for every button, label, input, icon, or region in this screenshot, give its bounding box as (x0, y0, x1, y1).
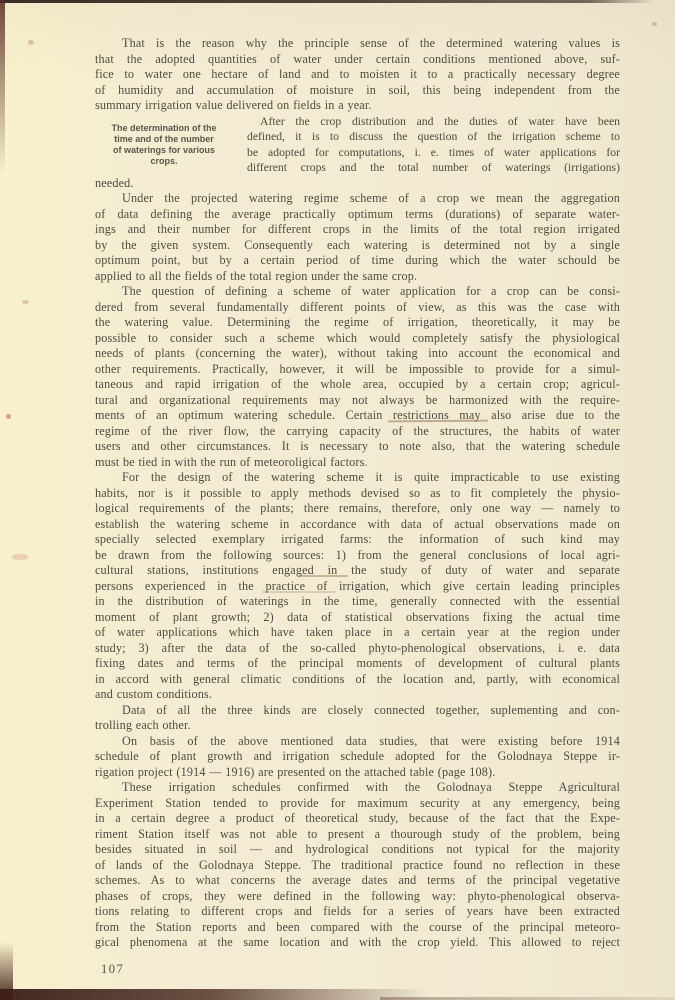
scan-edge-left (0, 0, 5, 175)
text-line: possible to consider such a scheme which… (95, 331, 620, 347)
scan-edge-bottom (0, 989, 430, 1000)
text-line: ments of an optimum watering schedule. C… (95, 408, 620, 424)
page-number: 107 (101, 962, 124, 977)
text-line: ings and their number for different crop… (95, 222, 620, 238)
text-line: from the Station reports and been compar… (95, 920, 620, 936)
text-line: by the given system. Consequently each w… (95, 238, 620, 254)
margin-note-row: The determination of thetime and of the … (95, 114, 620, 176)
text-line: the watering value. Determining the regi… (95, 315, 620, 331)
pencil-underline-practice (262, 591, 336, 593)
margin-note-paragraph: After the crop distribution and the duti… (247, 114, 620, 176)
text-line: of humidity and accumulation of moisture… (95, 83, 620, 99)
text-column: That is the reason why the principle sen… (95, 36, 620, 951)
text-line: riment Station itself was not able to pr… (95, 827, 620, 843)
text-line: taneous and rapid irrigation of the whol… (95, 377, 620, 393)
text-line: For the design of the watering scheme it… (95, 470, 620, 486)
text-line: That is the reason why the principle sen… (95, 36, 620, 52)
paper-speck (652, 22, 657, 26)
text-line: needs of plants (concerning the water), … (95, 346, 620, 362)
text-line: applied to all the fields of the total r… (95, 269, 620, 285)
text-line: must be tied in with the run of meteorol… (95, 455, 620, 471)
text-line: of lands of the Golodnaya Steppe. The tr… (95, 858, 620, 874)
text-line: be drawn from the following sources: 1) … (95, 548, 620, 564)
text-line: Data of all the three kinds are closely … (95, 703, 620, 719)
text-line: needed. (95, 176, 620, 192)
text-line: trolling each other. (95, 718, 620, 734)
text-line: Under the projected watering regime sche… (95, 191, 620, 207)
text-line: study; 3) after the data of the so-calle… (95, 641, 620, 657)
text-line: tural and organizational requirements ma… (95, 393, 620, 409)
text-line: and custom conditions. (95, 687, 620, 703)
text-line: users and other circumstances. It is nec… (95, 439, 620, 455)
margin-note: The determination of thetime and of the … (95, 114, 247, 176)
text-line: specially selected exemplary irrigated f… (95, 532, 620, 548)
scan-edge-bottom-left (0, 942, 13, 1000)
text-line: of water applications which have taken p… (95, 625, 620, 641)
text-line: different crops and the total number of … (247, 160, 620, 176)
margin-note-line: crops. (95, 156, 233, 167)
text-line: that the adopted quantities of water und… (95, 52, 620, 68)
text-line: The question of defining a scheme of wat… (95, 284, 620, 300)
text-line: of data defining the average practically… (95, 207, 620, 223)
text-line: defined, it is to discuss the question o… (247, 129, 620, 145)
paper-speck (28, 40, 34, 45)
text-line: cultural stations, institutions engaged … (95, 563, 620, 579)
paper-speck (22, 300, 29, 304)
pencil-underline-engaged (298, 575, 348, 577)
text-line: in accord with general climatic conditio… (95, 672, 620, 688)
text-line: optimum point, but by a certain period o… (95, 253, 620, 269)
text-line: summary irrigation value delivered on fi… (95, 98, 620, 114)
paper-speck (6, 414, 11, 419)
text-line: be adopted for computations, i. e. times… (247, 145, 620, 161)
text-line: in a certain degree a product of theoret… (95, 811, 620, 827)
text-line: tions relating to different crops and fi… (95, 904, 620, 920)
text-line: establish the watering scheme in accorda… (95, 517, 620, 533)
text-line: habits, nor is it possible to apply meth… (95, 486, 620, 502)
margin-note-line: time and of the number (95, 134, 233, 145)
paper-speck (12, 554, 28, 560)
text-line: These irrigation schedules confirmed wit… (95, 780, 620, 796)
text-line: gical phenomena at the same location and… (95, 935, 620, 951)
scanned-page: That is the reason why the principle sen… (0, 0, 675, 1000)
scan-edge-top (0, 0, 655, 3)
text-line: phases of crops, they were defined in th… (95, 889, 620, 905)
text-line: schedule of plant growth and irrigation … (95, 749, 620, 765)
text-line: logical requirements of the plants; ther… (95, 501, 620, 517)
text-line: in the distribution of waterings in the … (95, 594, 620, 610)
text-line: fixing dates and terms of the principal … (95, 656, 620, 672)
margin-note-line: The determination of the (95, 123, 233, 134)
text-line: besides situated in soil — and hydrologi… (95, 842, 620, 858)
margin-note-line: of waterings for various (95, 145, 233, 156)
text-line: rigation project (1914 — 1916) are prese… (95, 765, 620, 781)
text-line: dered from several fundamentally differe… (95, 300, 620, 316)
text-line: moment of plant growth; 2) data of stati… (95, 610, 620, 626)
text-line: regime of the river flow, the carrying c… (95, 424, 620, 440)
text-line: After the crop distribution and the duti… (247, 114, 620, 130)
text-line: On basis of the above mentioned data stu… (95, 734, 620, 750)
text-line: fice to water one hectare of land and to… (95, 67, 620, 83)
text-line: persons experienced in the practice of i… (95, 579, 620, 595)
text-line: schemes. As to what concerns the average… (95, 873, 620, 889)
text-line: Experiment Station tended to provide for… (95, 796, 620, 812)
text-line: other requirements. Practically, however… (95, 362, 620, 378)
